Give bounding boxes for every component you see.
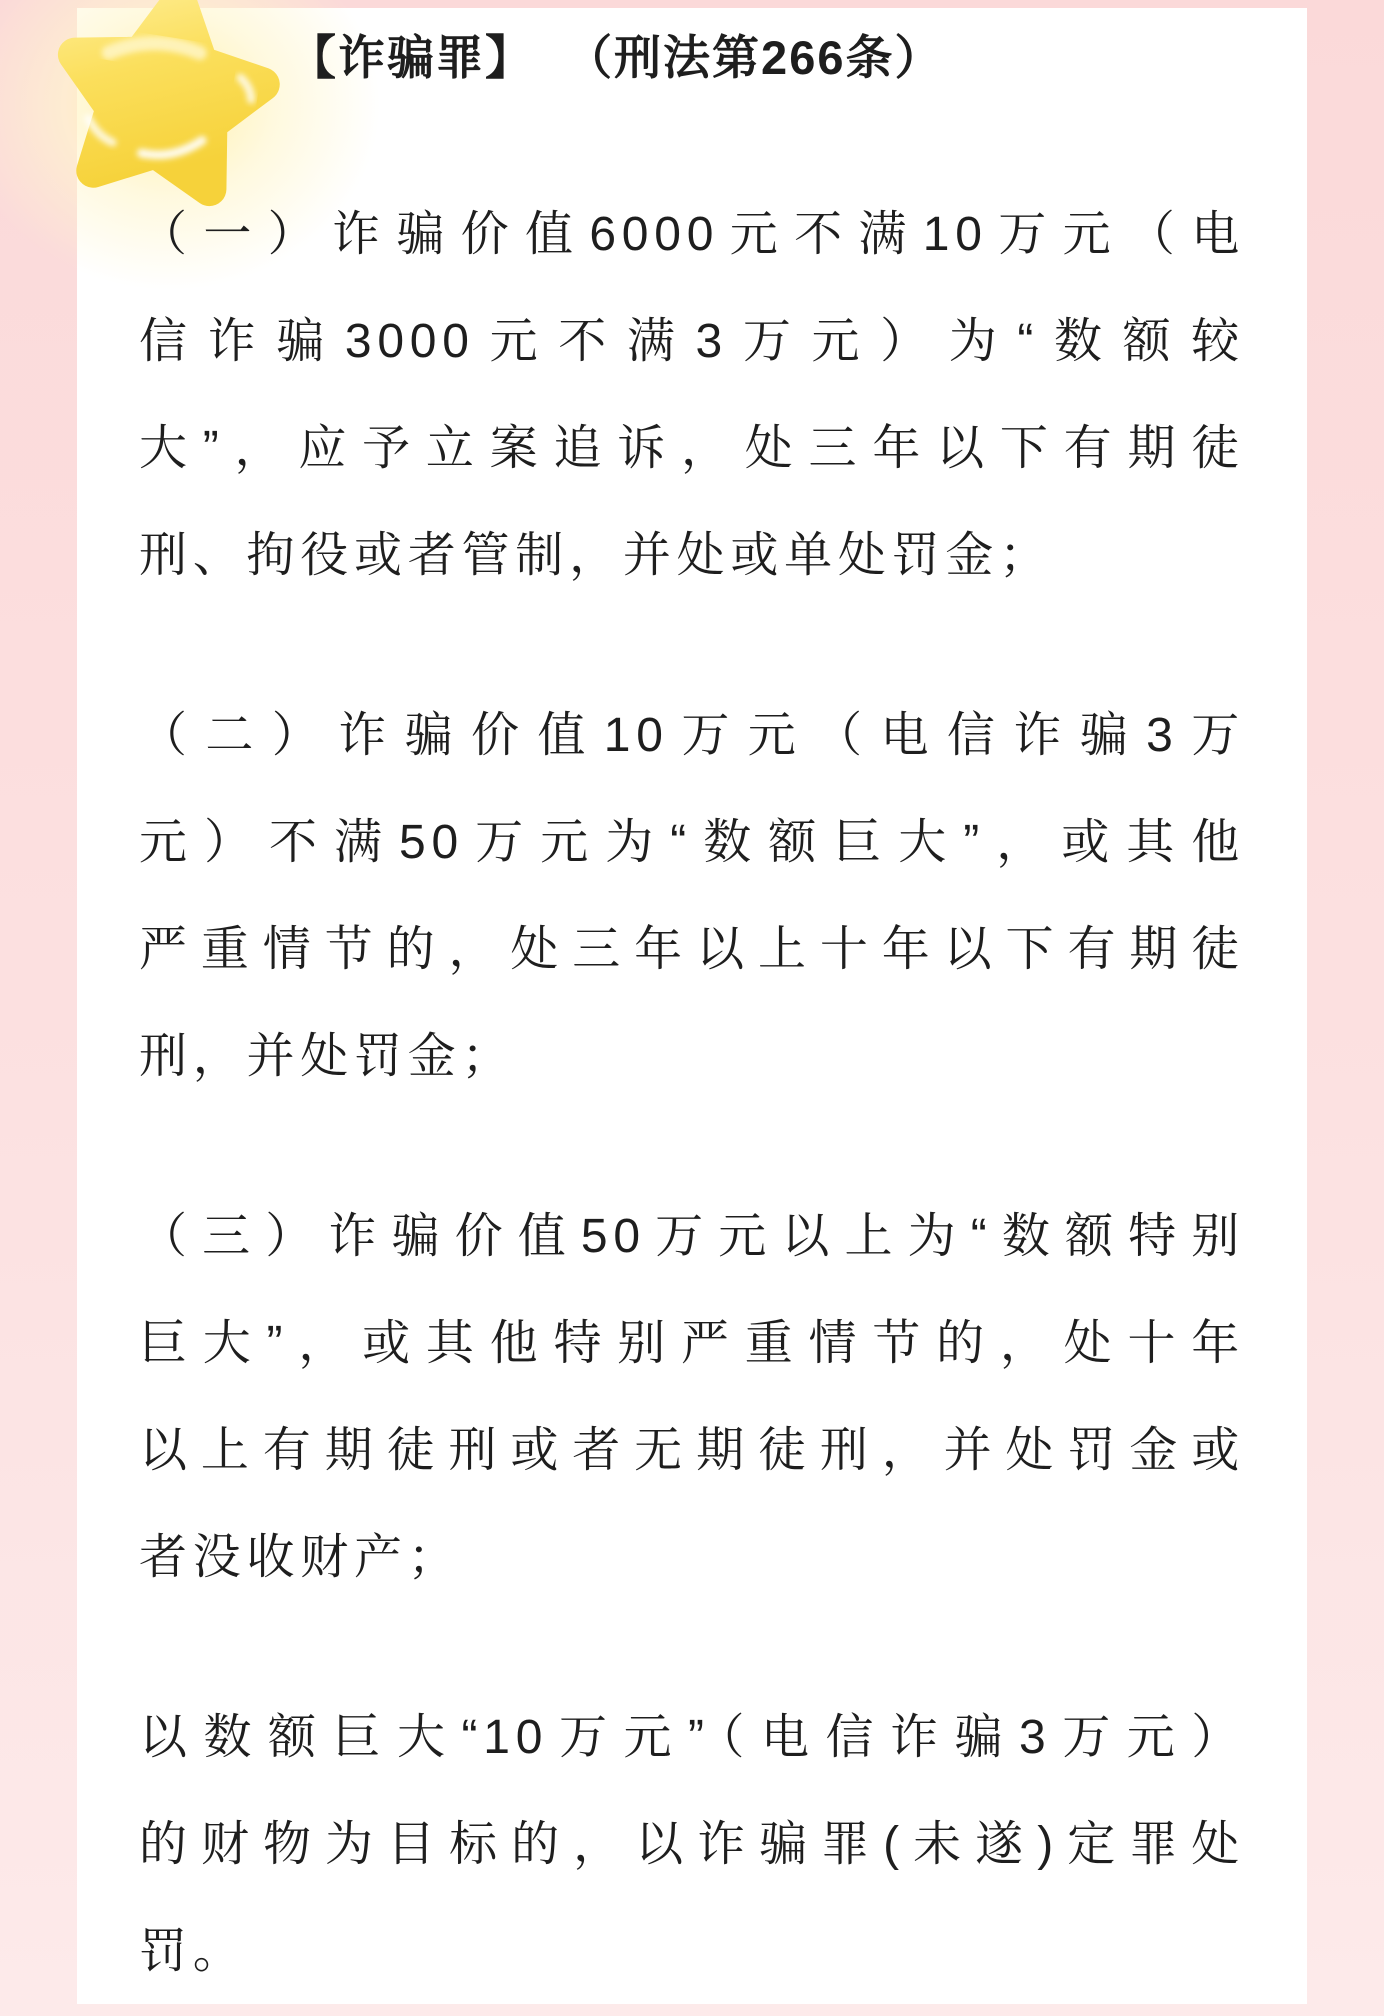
text-line: 元）不满50万元为“数额巨大”，或其他: [139, 789, 1245, 896]
text-line: （二）诈骗价值10万元（电信诈骗3万: [139, 682, 1245, 789]
text-line: 以上有期徒刑或者无期徒刑，并处罚金或: [139, 1397, 1245, 1504]
text-line: （三）诈骗价值50万元以上为“数额特别: [139, 1183, 1245, 1290]
text-line: 罚。: [139, 1898, 1245, 2005]
paragraph-attempted-crime: 以数额巨大“10万元”（电信诈骗3万元） 的财物为目标的，以诈骗罪(未遂)定罪处…: [139, 1684, 1245, 2005]
text-line: 以数额巨大“10万元”（电信诈骗3万元）: [139, 1684, 1245, 1791]
text-line: 信诈骗3000元不满3万元）为“数额较: [139, 288, 1245, 395]
article-content: 【诈骗罪】 （刑法第266条） （一）诈骗价值6000元不满10万元（电 信诈骗…: [77, 8, 1307, 2005]
text-line: 的财物为目标的，以诈骗罪(未遂)定罪处: [139, 1791, 1245, 1898]
text-line: 者没收财产；: [139, 1504, 1245, 1611]
paragraph-clause-2: （二）诈骗价值10万元（电信诈骗3万 元）不满50万元为“数额巨大”，或其他 严…: [139, 682, 1245, 1110]
text-line: 巨大”，或其他特别严重情节的，处十年: [139, 1290, 1245, 1397]
title-law-reference: （刑法第266条）: [565, 31, 943, 84]
text-line: 刑，并处罚金；: [139, 1003, 1245, 1110]
article-body: （一）诈骗价值6000元不满10万元（电 信诈骗3000元不满3万元）为“数额较…: [139, 181, 1245, 2005]
note-page: 【诈骗罪】 （刑法第266条） （一）诈骗价值6000元不满10万元（电 信诈骗…: [0, 0, 1384, 2016]
text-line: （一）诈骗价值6000元不满10万元（电: [139, 181, 1245, 288]
text-line: 刑、拘役或者管制，并处或单处罚金；: [139, 502, 1245, 609]
paragraph-clause-3: （三）诈骗价值50万元以上为“数额特别 巨大”，或其他特别严重情节的，处十年 以…: [139, 1183, 1245, 1611]
page-title: 【诈骗罪】 （刑法第266条）: [289, 30, 1245, 86]
title-crime-name: 【诈骗罪】: [289, 31, 534, 84]
text-line: 严重情节的，处三年以上十年以下有期徒: [139, 896, 1245, 1003]
text-line: 大”，应予立案追诉，处三年以下有期徒: [139, 395, 1245, 502]
paragraph-clause-1: （一）诈骗价值6000元不满10万元（电 信诈骗3000元不满3万元）为“数额较…: [139, 181, 1245, 609]
